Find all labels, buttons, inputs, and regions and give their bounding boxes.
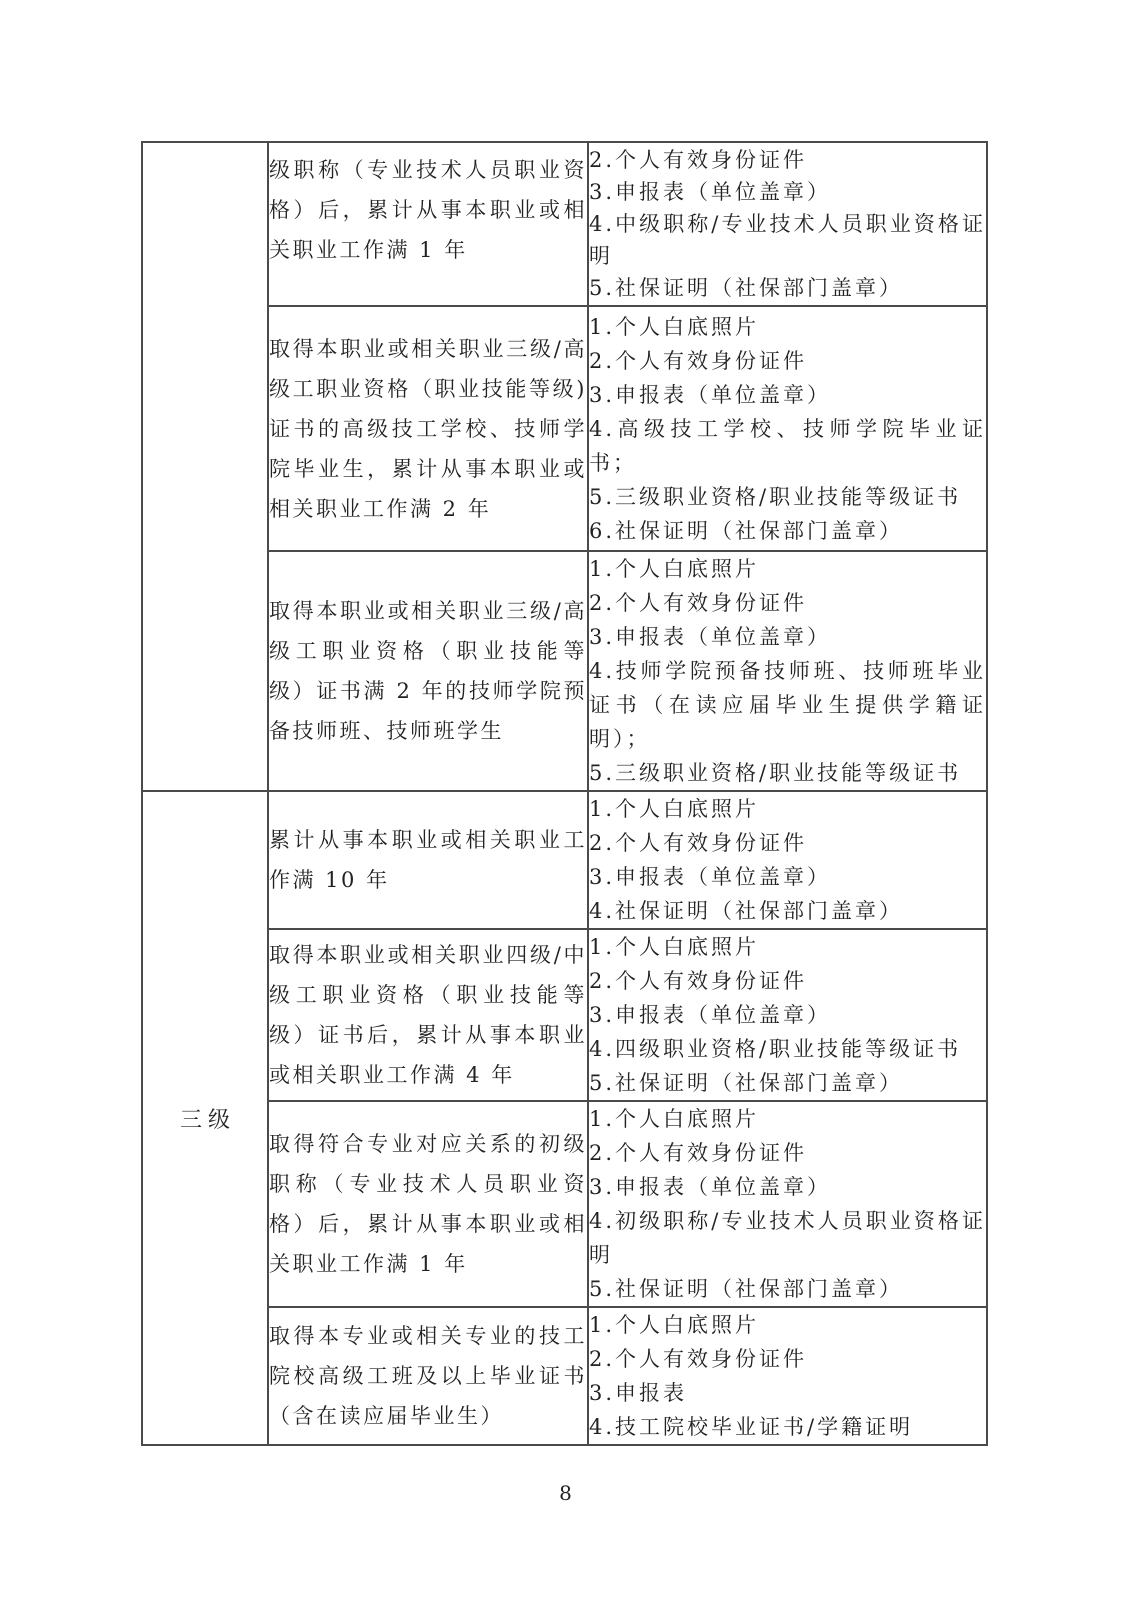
material-item: 3.申报表（单位盖章） bbox=[589, 1170, 986, 1204]
material-item: 5.三级职业资格/职业技能等级证书 bbox=[589, 480, 986, 514]
material-item: 2.个人有效身份证件 bbox=[589, 1342, 986, 1376]
condition-text: 取得本职业或相关职业三级/高级工职业资格（职业技能等级）证书满 2 年的技师学院… bbox=[269, 591, 587, 751]
condition-cell: 取得本职业或相关职业三级/高级工职业资格（职业技能等级)证书的高级技工学校、技师… bbox=[268, 306, 588, 551]
material-item: 1.个人白底照片 bbox=[589, 1102, 986, 1136]
condition-cell: 取得本职业或相关职业三级/高级工职业资格（职业技能等级）证书满 2 年的技师学院… bbox=[268, 551, 588, 791]
material-item: 2.个人有效身份证件 bbox=[589, 826, 986, 860]
level-cell bbox=[142, 142, 268, 791]
condition-text: 级职称（专业技术人员职业资格）后，累计从事本职业或相关职业工作满 1 年 bbox=[269, 150, 587, 270]
materials-cell: 1.个人白底照片 2.个人有效身份证件 3.申报表（单位盖章） 4.初级职称/专… bbox=[588, 1101, 987, 1307]
material-item: 1.个人白底照片 bbox=[589, 552, 986, 586]
material-item: 1.个人白底照片 bbox=[589, 310, 986, 344]
material-item: 4.初级职称/专业技术人员职业资格证明 bbox=[589, 1204, 986, 1272]
table-row: 三级 累计从事本职业或相关职业工作满 10 年 1.个人白底照片 2.个人有效身… bbox=[142, 791, 987, 929]
material-item: 2.个人有效身份证件 bbox=[589, 144, 986, 176]
material-item: 2.个人有效身份证件 bbox=[589, 964, 986, 998]
level-label: 三级 bbox=[174, 1103, 236, 1134]
table-row: 取得本专业或相关专业的技工院校高级工班及以上毕业证书（含在读应届毕业生） 1.个… bbox=[142, 1307, 987, 1445]
condition-text: 取得符合专业对应关系的初级职称（专业技术人员职业资格）后，累计从事本职业或相关职… bbox=[269, 1124, 587, 1284]
table-row: 取得本职业或相关职业三级/高级工职业资格（职业技能等级)证书的高级技工学校、技师… bbox=[142, 306, 987, 551]
condition-cell: 级职称（专业技术人员职业资格）后，累计从事本职业或相关职业工作满 1 年 bbox=[268, 142, 588, 306]
material-item: 5.社保证明（社保部门盖章） bbox=[589, 1272, 986, 1306]
table-row: 取得本职业或相关职业四级/中级工职业资格（职业技能等级）证书后，累计从事本职业或… bbox=[142, 929, 987, 1101]
condition-text: 累计从事本职业或相关职业工作满 10 年 bbox=[269, 820, 587, 900]
material-item: 1.个人白底照片 bbox=[589, 792, 986, 826]
materials-cell: 1.个人白底照片 2.个人有效身份证件 3.申报表（单位盖章） 4.社保证明（社… bbox=[588, 791, 987, 929]
document-page: 级职称（专业技术人员职业资格）后，累计从事本职业或相关职业工作满 1 年 2.个… bbox=[0, 0, 1131, 1600]
table-row: 取得符合专业对应关系的初级职称（专业技术人员职业资格）后，累计从事本职业或相关职… bbox=[142, 1101, 987, 1307]
condition-cell: 取得符合专业对应关系的初级职称（专业技术人员职业资格）后，累计从事本职业或相关职… bbox=[268, 1101, 588, 1307]
condition-cell: 取得本专业或相关专业的技工院校高级工班及以上毕业证书（含在读应届毕业生） bbox=[268, 1307, 588, 1445]
material-item: 3.申报表（单位盖章） bbox=[589, 378, 986, 412]
table-row: 级职称（专业技术人员职业资格）后，累计从事本职业或相关职业工作满 1 年 2.个… bbox=[142, 142, 987, 306]
condition-cell: 累计从事本职业或相关职业工作满 10 年 bbox=[268, 791, 588, 929]
material-item: 2.个人有效身份证件 bbox=[589, 1136, 986, 1170]
material-item: 2.个人有效身份证件 bbox=[589, 344, 986, 378]
materials-cell: 1.个人白底照片 2.个人有效身份证件 3.申报表（单位盖章） 4.技师学院预备… bbox=[588, 551, 987, 791]
condition-text: 取得本职业或相关职业三级/高级工职业资格（职业技能等级)证书的高级技工学校、技师… bbox=[269, 329, 587, 529]
material-item: 5.社保证明（社保部门盖章） bbox=[589, 272, 986, 304]
table-row: 取得本职业或相关职业三级/高级工职业资格（职业技能等级）证书满 2 年的技师学院… bbox=[142, 551, 987, 791]
material-item: 2.个人有效身份证件 bbox=[589, 586, 986, 620]
material-item: 4.技工院校毕业证书/学籍证明 bbox=[589, 1410, 986, 1444]
material-item: 1.个人白底照片 bbox=[589, 930, 986, 964]
material-item: 3.申报表 bbox=[589, 1376, 986, 1410]
material-item: 5.社保证明（社保部门盖章） bbox=[589, 1066, 986, 1100]
requirements-table: 级职称（专业技术人员职业资格）后，累计从事本职业或相关职业工作满 1 年 2.个… bbox=[141, 141, 988, 1446]
material-item: 4.中级职称/专业技术人员职业资格证明 bbox=[589, 208, 986, 272]
material-item: 4.社保证明（社保部门盖章） bbox=[589, 894, 986, 928]
materials-cell: 1.个人白底照片 2.个人有效身份证件 3.申报表（单位盖章） 4.高级技工学校… bbox=[588, 306, 987, 551]
material-item: 5.三级职业资格/职业技能等级证书 bbox=[589, 756, 986, 790]
material-item: 3.申报表（单位盖章） bbox=[589, 620, 986, 654]
material-item: 4.四级职业资格/职业技能等级证书 bbox=[589, 1032, 986, 1066]
material-item: 4.技师学院预备技师班、技师班毕业证书（在读应届毕业生提供学籍证明）； bbox=[589, 654, 986, 756]
material-item: 3.申报表（单位盖章） bbox=[589, 860, 986, 894]
materials-cell: 1.个人白底照片 2.个人有效身份证件 3.申报表（单位盖章） 4.四级职业资格… bbox=[588, 929, 987, 1101]
level-cell: 三级 bbox=[142, 791, 268, 1445]
material-item: 1.个人白底照片 bbox=[589, 1308, 986, 1342]
materials-cell: 2.个人有效身份证件 3.申报表（单位盖章） 4.中级职称/专业技术人员职业资格… bbox=[588, 142, 987, 306]
condition-text: 取得本专业或相关专业的技工院校高级工班及以上毕业证书（含在读应届毕业生） bbox=[269, 1316, 587, 1436]
condition-cell: 取得本职业或相关职业四级/中级工职业资格（职业技能等级）证书后，累计从事本职业或… bbox=[268, 929, 588, 1101]
material-item: 3.申报表（单位盖章） bbox=[589, 176, 986, 208]
material-item: 3.申报表（单位盖章） bbox=[589, 998, 986, 1032]
condition-text: 取得本职业或相关职业四级/中级工职业资格（职业技能等级）证书后，累计从事本职业或… bbox=[269, 935, 587, 1095]
material-item: 4.高级技工学校、技师学院毕业证书； bbox=[589, 412, 986, 480]
page-number: 8 bbox=[0, 1481, 1131, 1505]
material-item: 6.社保证明（社保部门盖章） bbox=[589, 514, 986, 548]
materials-cell: 1.个人白底照片 2.个人有效身份证件 3.申报表 4.技工院校毕业证书/学籍证… bbox=[588, 1307, 987, 1445]
